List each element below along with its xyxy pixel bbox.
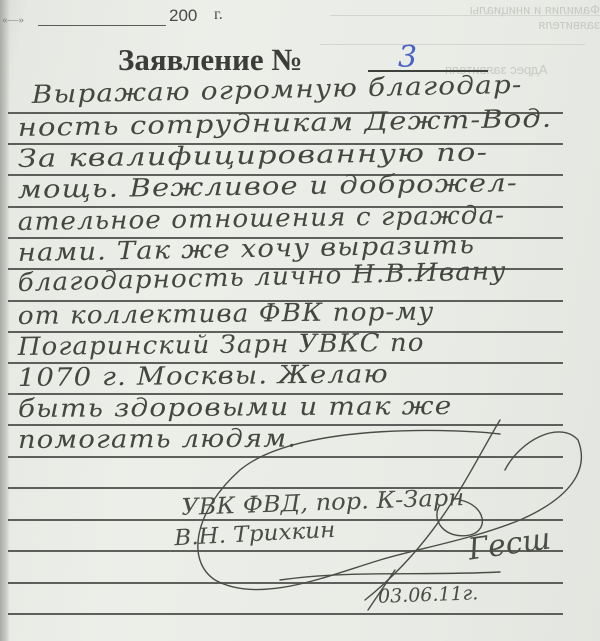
- bleed-through-header: Фамилия и инициалы заявителя: [430, 2, 600, 32]
- handwritten-line: За квалифицированную по-: [18, 137, 489, 173]
- signature-position: УВК ФВД, пор. К-Зарн: [181, 485, 465, 521]
- signature-date: 03.06.11г.: [378, 582, 479, 607]
- form-date-header: «—» 200 г.: [0, 2, 330, 28]
- year-label: 200: [169, 6, 197, 26]
- date-quote-mark: «—»: [2, 14, 24, 26]
- date-fill-line: [38, 25, 166, 26]
- year-suffix: г.: [214, 6, 223, 24]
- handwritten-line: помогать людям.: [18, 424, 297, 454]
- handwritten-line: 1070 г. Москвы. Желаю: [18, 359, 389, 392]
- handwritten-line: от коллектива ФВК пор-му: [18, 297, 435, 330]
- handwritten-line: Выражаю огромную благодар-: [31, 70, 522, 109]
- page-title: Заявление №: [118, 42, 303, 77]
- ruled-line: [8, 456, 563, 458]
- handwritten-line: мощь. Вежливое и доброжел-: [18, 168, 518, 204]
- signature-name: В.Н. Трихкин: [174, 518, 336, 551]
- ruled-line: [8, 487, 563, 489]
- handwritten-line: быть здоровыми и так же: [18, 391, 453, 423]
- ruled-line: [8, 582, 563, 584]
- signature-scrawl: Гесш: [466, 521, 553, 567]
- ruled-line: [8, 613, 563, 615]
- handwritten-line: ность сотрудникам Дежт-Вод.: [17, 104, 552, 142]
- handwritten-line: Погаринский Зарн УВКС по: [18, 328, 425, 361]
- bleed-through-line: [330, 15, 600, 16]
- notebook-binding-edge: [0, 0, 10, 641]
